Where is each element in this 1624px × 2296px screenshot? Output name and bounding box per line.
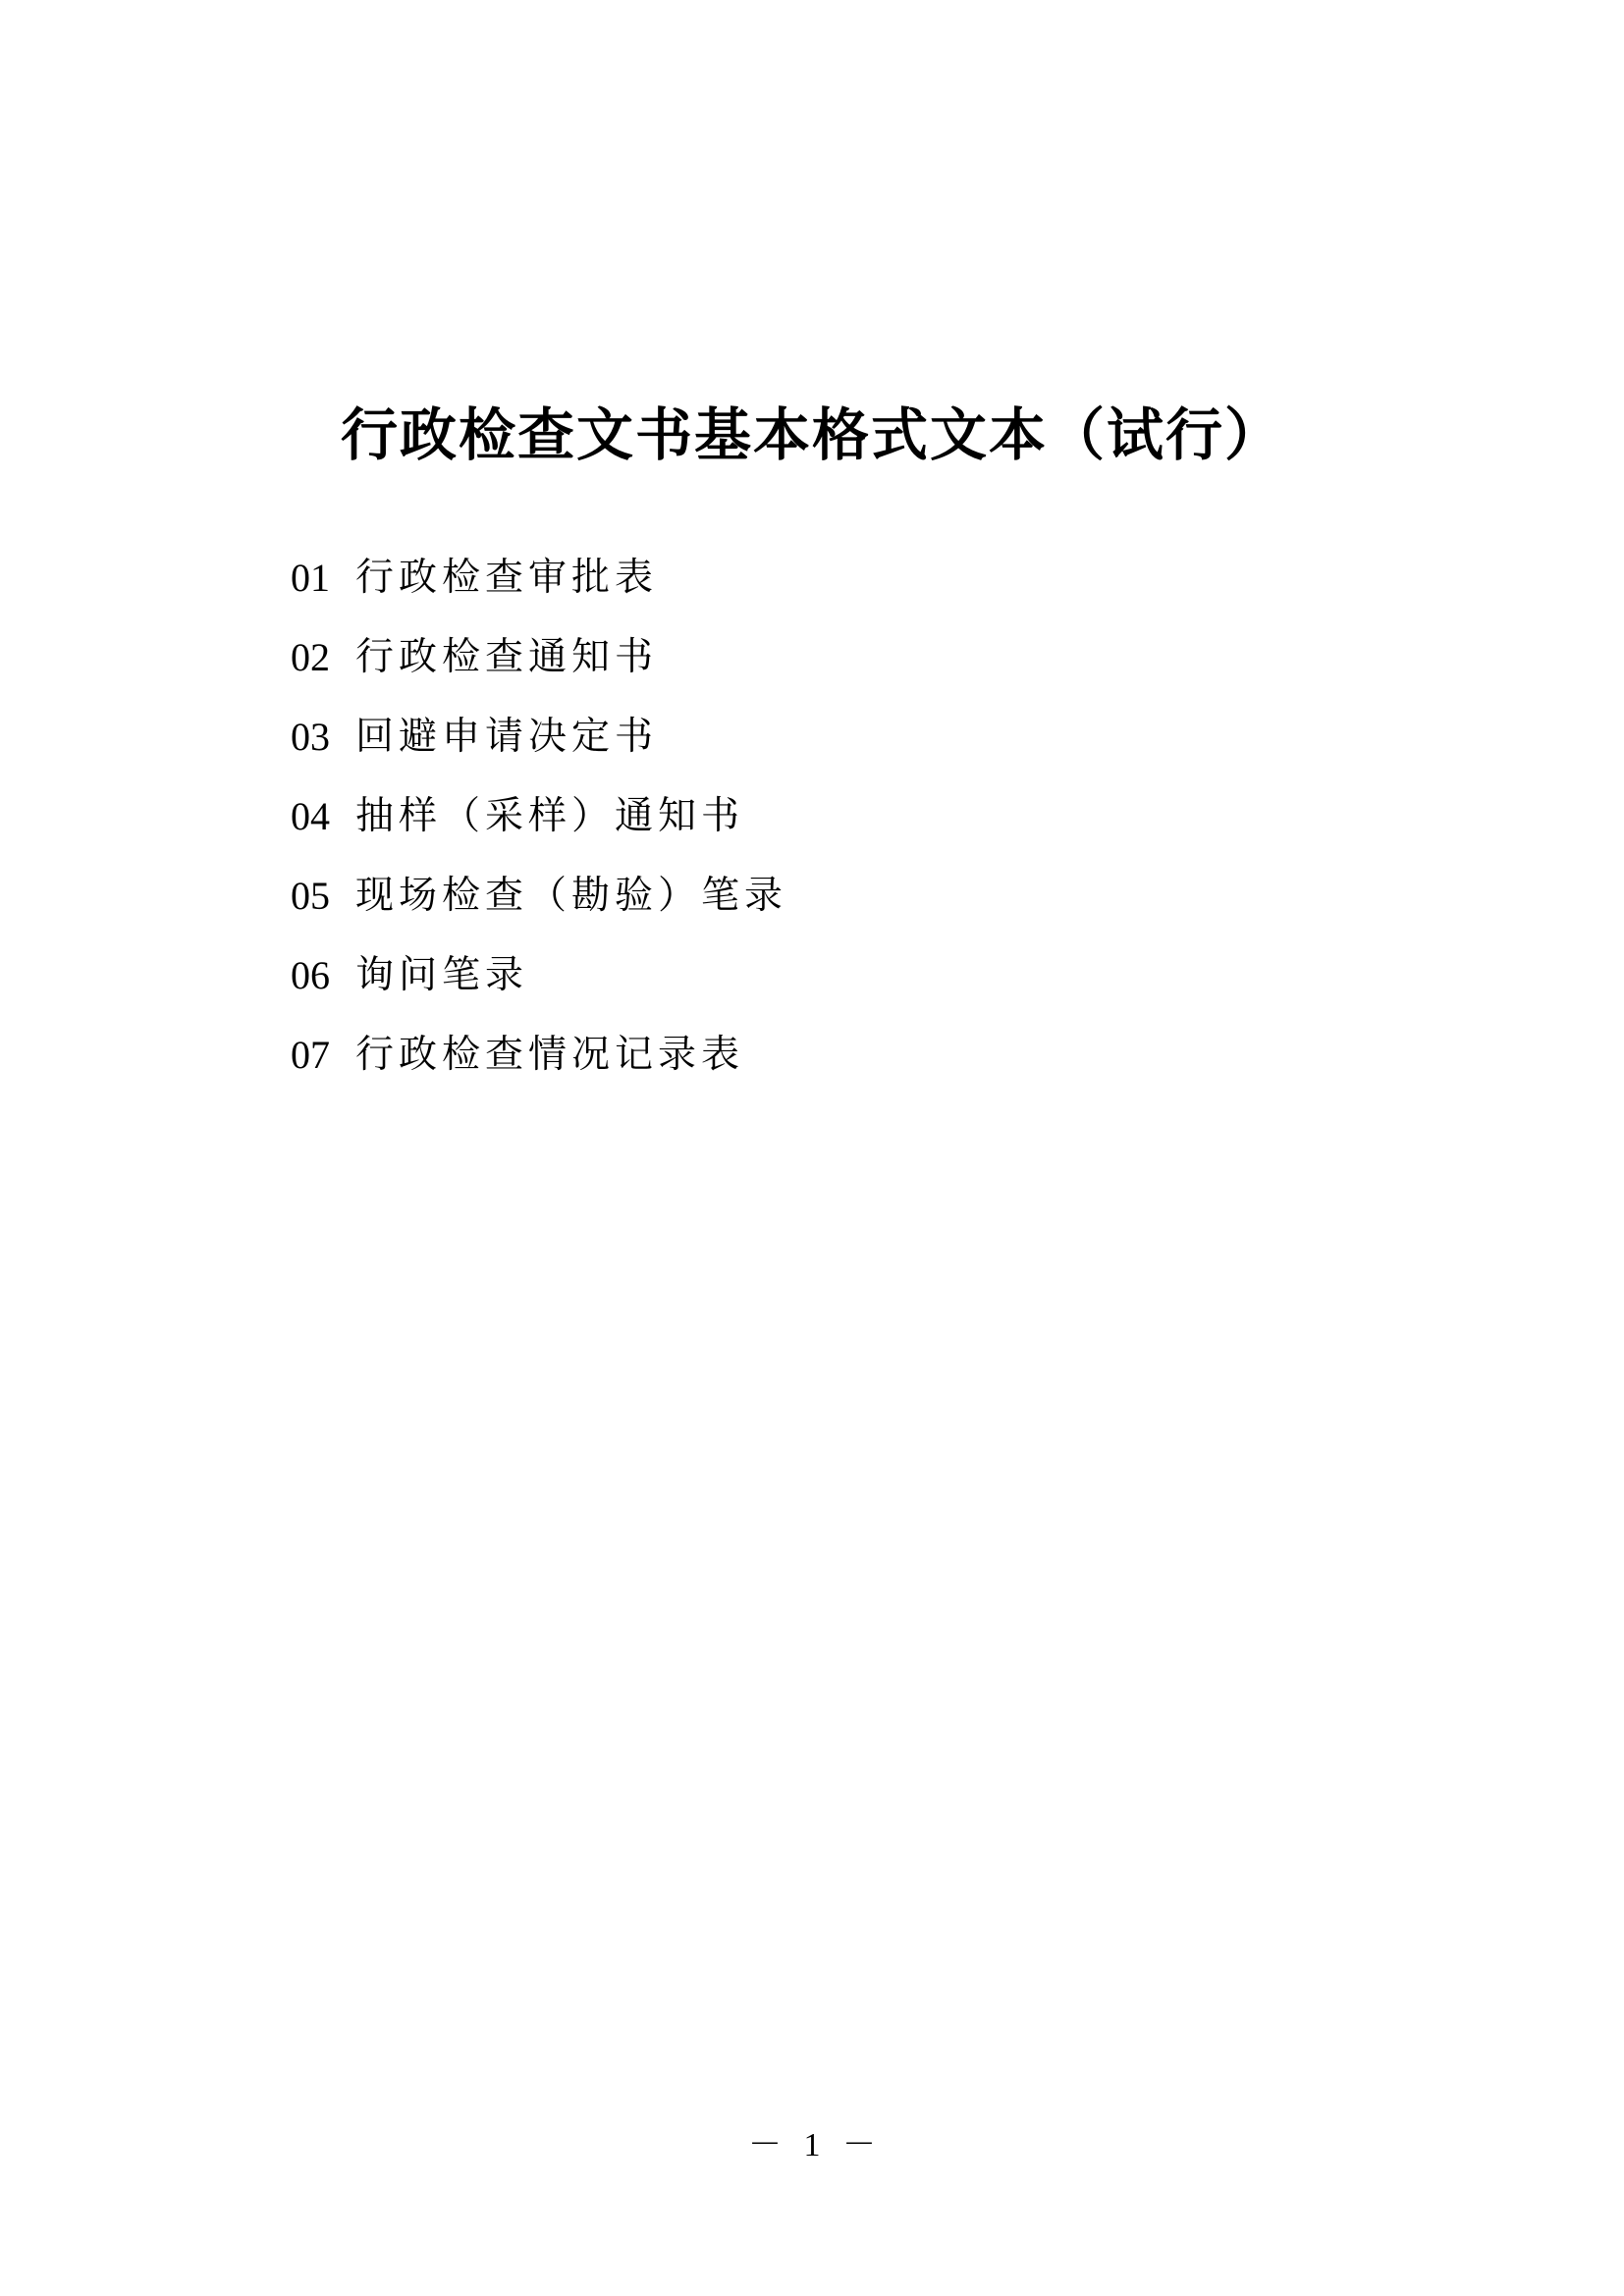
toc-item: 05 现场检查（勘验）笔录: [291, 856, 787, 935]
toc-item-label: 询问笔录: [355, 951, 528, 1000]
toc-item-label: 行政检查情况记录表: [355, 1031, 744, 1080]
toc-item-number: 02: [291, 633, 355, 682]
toc-item-label: 行政检查审批表: [355, 554, 658, 603]
toc-item-label: 抽样（采样）通知书: [355, 792, 744, 841]
toc-item-number: 07: [291, 1031, 355, 1080]
toc-item-number: 03: [291, 713, 355, 762]
toc-item: 06 询问笔录: [291, 935, 787, 1015]
toc-item: 03 回避申请决定书: [291, 697, 787, 776]
table-of-contents: 01 行政检查审批表 02 行政检查通知书 03 回避申请决定书 04 抽样（采…: [291, 538, 787, 1095]
toc-item-label: 回避申请决定书: [355, 713, 658, 762]
document-page: 行政检查文书基本格式文本（试行） 01 行政检查审批表 02 行政检查通知书 0…: [0, 0, 1624, 2296]
toc-item-label: 行政检查通知书: [355, 633, 658, 682]
toc-item: 01 行政检查审批表: [291, 538, 787, 617]
toc-item-number: 05: [291, 872, 355, 921]
toc-item: 02 行政检查通知书: [291, 617, 787, 697]
toc-item-label: 现场检查（勘验）笔录: [355, 872, 787, 921]
toc-item-number: 04: [291, 792, 355, 841]
toc-item: 07 行政检查情况记录表: [291, 1015, 787, 1095]
toc-item-number: 01: [291, 554, 355, 603]
document-title: 行政检查文书基本格式文本（试行）: [0, 398, 1624, 472]
toc-item: 04 抽样（采样）通知书: [291, 776, 787, 856]
page-number: － 1 －: [0, 2126, 1624, 2165]
toc-item-number: 06: [291, 951, 355, 1000]
